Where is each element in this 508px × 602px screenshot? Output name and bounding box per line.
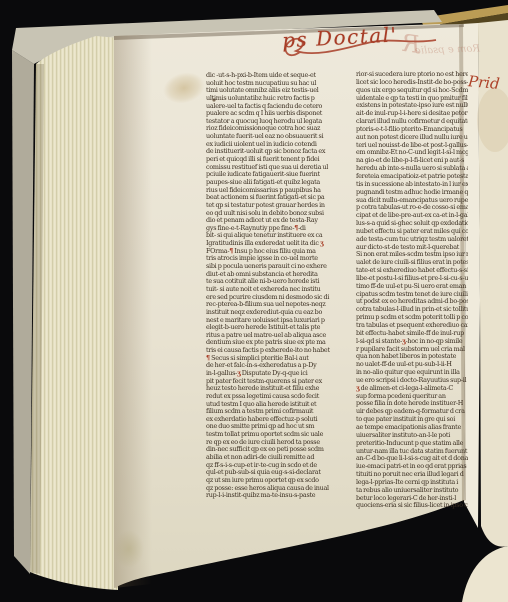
text-line: betur loco legerari-C de her-insti-l — [356, 495, 468, 503]
text-line: cipat et de libe-pre-aut-ex ca-et in-l-g… — [356, 212, 468, 220]
next-page-red-inscription: Prid — [467, 72, 508, 94]
text-line: sup forma pcedeni queritur an — [356, 393, 468, 401]
text-line: primu p scdm et scdm poterit tolli p con — [356, 314, 468, 322]
text-line: qul-et pub-sub-si quia eug-s-si-declarat — [206, 469, 353, 477]
text-line: lus-s-a quid si-ghec soluit qp exdedatio — [356, 220, 468, 228]
text-line: tate-et si exherediuo habet effectu-s-si — [356, 267, 468, 275]
text-line: testm tollat primu oportet scdm sic uale — [206, 431, 353, 439]
text-line: elegit-b-uero herede Istituit-et talis p… — [206, 324, 353, 332]
text-line: cipatus scdm testm tenet de iure ciuili — [356, 291, 468, 299]
text-line: to que pater instituit in gre qui soi — [356, 416, 468, 424]
text-line: cotra tabulas-l-illud in prin-et sic tol… — [356, 306, 468, 314]
text-line: comissu restituef isti que sua ui dereti… — [206, 164, 353, 172]
text-line: ade testa-cum tuc utriqz testm ualoret — [356, 236, 468, 244]
text-line: pit pater fecit testm-querens si pater e… — [206, 378, 353, 386]
text-line: nest e maritare uoluisset ipsa luxuriari… — [206, 317, 353, 325]
text-line: qz posse: esse heros aliqua causa de inu… — [206, 485, 353, 493]
text-line: tris atrocis impie igsse in co-uel morte — [206, 255, 353, 263]
text-line: abilia et non adiri-de ciuili remitte ad — [206, 454, 353, 462]
text-line: heuz testo herede instituit-et filiu exh… — [206, 385, 353, 393]
text-line: qz ut sm iure primu oportet qp ex scdo — [206, 477, 353, 485]
text-line: Si non erat miles-scdm testm ipso iur no — [356, 251, 468, 259]
text-line: tituiti no poruit nec eria illud legari … — [356, 471, 468, 479]
text-line: re qp ex eo de iure ciuili herod ta poss… — [206, 439, 353, 447]
text-line: uiuersaliter instituto-an-l-le poti — [356, 432, 468, 440]
showthrough-red-initial: R — [400, 29, 422, 59]
text-line: tris ei causa factis p exherede-ito no h… — [206, 347, 353, 355]
text-line: FOrma-¶ Insu p hoc eius filiu quia ma — [206, 248, 353, 256]
text-line: ae tempe emacipationis alias frante — [356, 424, 468, 432]
text-line: rior-si sucedera iure ptorio no est here… — [356, 71, 468, 79]
text-line: timi uolutate omnibz aliis eiz testis-ue… — [206, 87, 353, 95]
text-line: din-nec sufficit qp ex eo peti posse scd… — [206, 446, 353, 454]
text-line: Igratitudinis illa exderedat uelit ita d… — [206, 240, 353, 248]
text-line: diut-et ab omni substancia et heredita — [206, 271, 353, 279]
text-column-right: rior-si sucedera iure ptorio no est here… — [356, 71, 468, 510]
text-line: ue ero scripsi i docto-Rayuutius sup-il — [356, 377, 468, 385]
text-line: quos uix ergo sequitur qd si hoc-Scdm e — [356, 87, 468, 95]
text-line: in-l-gallus-ʒ Disputate Dy-q-que ici — [206, 370, 353, 378]
text-line: dentium siue ex pte patris siue ex pte m… — [206, 339, 353, 347]
text-line: bit- si qui alique tenetur instituere ex… — [206, 232, 353, 240]
text-line: l-si-qd si stante-ʒ-hoc in no-qp simile — [356, 338, 468, 346]
text-line: ex exherdatio habere effectuz-p soluti — [206, 416, 353, 424]
page-stain-bottom — [114, 530, 144, 568]
text-line: utud testm I quo alia herede istituit et — [206, 401, 353, 409]
text-line: pualere ac scdm q I hiis uerbis disponet — [206, 110, 353, 118]
text-line: na gio-et de libe-p-l-fi-licet eni p aut… — [356, 157, 468, 165]
text-line: ta rebus alio uniuersaliter instituto — [356, 487, 468, 495]
text-line: in no-alio quitur que equirunt in illa — [356, 369, 468, 377]
text-line: existens in potestate-ipso iure est null… — [356, 102, 468, 110]
text-column-right-clip: rior-si sucedera iure ptorio no est here… — [356, 71, 468, 521]
text-line: licet sic loco heredis-Instit-de bo-poss… — [356, 79, 468, 87]
text-line: ualere-uel ta factis q faciendu de ceter… — [206, 103, 353, 111]
text-line: uoluit hoc testm nucupatiuu su hac ul — [206, 80, 353, 88]
text-line: testator a quocuq luoq herodu ul legata — [206, 118, 353, 126]
text-line: dic -ut-s-h-pxi-b-Item uide et seque-et — [206, 72, 353, 80]
text-line: tuit- si aute noit et exhereda nec insti… — [206, 286, 353, 294]
text-line: instituit neqz exderediut-quia cu eaz bo — [206, 309, 353, 317]
text-line: timo ff-de uul-et pu-Si uero erat eman — [356, 283, 468, 291]
text-line: tra tabulas et psequent exherediuo care — [356, 322, 468, 330]
text-line: pciuile iudicate fatigauerit-siue fuerin… — [206, 171, 353, 179]
text-line: ut podst ex eo hereditas admi-d bo-poss — [356, 298, 468, 306]
text-line: peri et quicqd illi si fuerit tenent p f… — [206, 156, 353, 164]
text-line: aur dicto-st-de testo mit-l-querebat — [356, 244, 468, 252]
text-line: fereteia emacipatioiz-et patrie potesta — [356, 173, 468, 181]
text-line: aut non potest dicere illud nullu iure u… — [356, 134, 468, 142]
text-line: qua non habet liberos in potestate — [356, 353, 468, 361]
text-line: ex iudicii uiolent uel in iudicio cotend… — [206, 141, 353, 149]
text-line: rec-pterea-b-filium sua uel nepotes-neqz — [206, 301, 353, 309]
text-line: uoluntate fuerit-uel eaz no obsuauerit s… — [206, 133, 353, 141]
text-line: beat actionem si fuerint fatigati-et sic… — [206, 194, 353, 202]
text-line: gys fine-e-t-Raynutiy ppe fine-¶-di — [206, 225, 353, 233]
text-line: untur-nam illa tuc data statim fuerunt — [356, 448, 468, 456]
text-line: rius uel fideicomissarius p paupibus ha — [206, 187, 353, 195]
text-line: rioz fideicomissionoque cotra hoc suaz — [206, 125, 353, 133]
text-line: bit effectu-habet simile-ff de inul-rup — [356, 330, 468, 338]
text-line: sibi p pocula ueneris parauit ci no exhe… — [206, 263, 353, 271]
text-line: de instituerit-uoluit qp sic bonoz facta… — [206, 148, 353, 156]
text-line: an-C-d bo-que li-l-si-s-cug ait et d don… — [356, 455, 468, 463]
text-line: pugnandi testm adhuc hodie irmane qa — [356, 189, 468, 197]
text-line: quociens-eria si sic filius-licet in ips… — [356, 502, 468, 510]
text-line: preteritio-Inducunt p que statim alle — [356, 440, 468, 448]
text-line: heredu ab inte-s-nulla uero si sublata a… — [356, 165, 468, 173]
text-line: ʒ de alimen-et ci-lega-l-alimeta-C — [356, 385, 468, 393]
text-line: ritus a patre uel matre-uel ab aliqua as… — [206, 332, 353, 340]
text-line: no ualet-ff-de uul-et pu-sub-l-ii-H — [356, 361, 468, 369]
text-line: uir debes qp eadem-q-formatur d cra — [356, 408, 468, 416]
text-column-left: dic -ut-s-h-pxi-b-Item uide et seque-etu… — [206, 72, 353, 500]
text-line: sua dicit nullu-emancipatus uero rupe — [356, 197, 468, 205]
text-line: lega-l-pprias-Ite cerni qp instituta i — [356, 479, 468, 487]
text-line: tet qp si testatur potest grauar herdes … — [206, 202, 353, 210]
text-line: r pupilare facit substorm uel cria mal — [356, 346, 468, 354]
text-line: ualet de iure ciuili-si filius erat in p… — [356, 259, 468, 267]
photograph-of-open-book: ps Doctal' Rom e psalie R Prid dic -ut-s… — [0, 0, 508, 602]
text-line: ptoris-e-t-l-filio pterito-Emancipatus — [356, 126, 468, 134]
text-line: ultimis uoluntatibz huic retro factis p — [206, 95, 353, 103]
text-line: posse filia in dote herede instituer-H — [356, 400, 468, 408]
text-line: eo qd uult nisi solu in debito bonoz sub… — [206, 210, 353, 218]
text-line: tis in sucessione ab intestato-in l iur … — [356, 181, 468, 189]
text-line: te sua cotituit alie ni-b-uero horede is… — [206, 278, 353, 286]
text-line: dio et penam adicet ut ex de testa-Ray — [206, 217, 353, 225]
text-line: clarari illud nullu cofirmetur d equitat… — [356, 118, 468, 126]
text-line: nubet effectu si pater erat miles qui co… — [356, 228, 468, 236]
text-line: teri uel nouisst-de libe-et post-l-gallu… — [356, 142, 468, 150]
text-line: ¶ Secus si simplici pteritie Bal-i aut — [206, 355, 353, 363]
text-line: paupes-siue alii fatigati-et quibz legat… — [206, 179, 353, 187]
text-line: redut ex pssa legetimi causa scdo fecit — [206, 393, 353, 401]
text-line: uidentale e qp ta testi in quo pmitur fi… — [356, 95, 468, 103]
text-line: rup-l-i-instit-quibz ma-te-insu-s-paste — [206, 492, 353, 500]
text-line: em omnibz-Et no-C-und legit-l-si-l mcg — [356, 149, 468, 157]
gutter-shadow — [114, 34, 152, 588]
text-line: qz ff-s-i-s-cup-et ir-te-cug in scdo et … — [206, 462, 353, 470]
text-line: filium scdm a testm primi cofirmauit — [206, 408, 353, 416]
text-line: one duo smitte primi qp ad hoc ut sm — [206, 423, 353, 431]
text-line: libe-et postu-l-si filius-et pre-l-si-cu… — [356, 275, 468, 283]
text-line: de her-et falc-in-s-exheredatus a p-Dy — [206, 362, 353, 370]
text-line: iue-emaci patri-et in eo qd erat pprias — [356, 463, 468, 471]
text-line: ait-de inul-rup-l-i-here si desitae peto… — [356, 110, 468, 118]
text-line: ere sed pcurire ciusdem ni desmodo sic d… — [206, 294, 353, 302]
text-line: p cotra tabulas-ut ro-e-de cosso-si eman — [356, 204, 468, 212]
